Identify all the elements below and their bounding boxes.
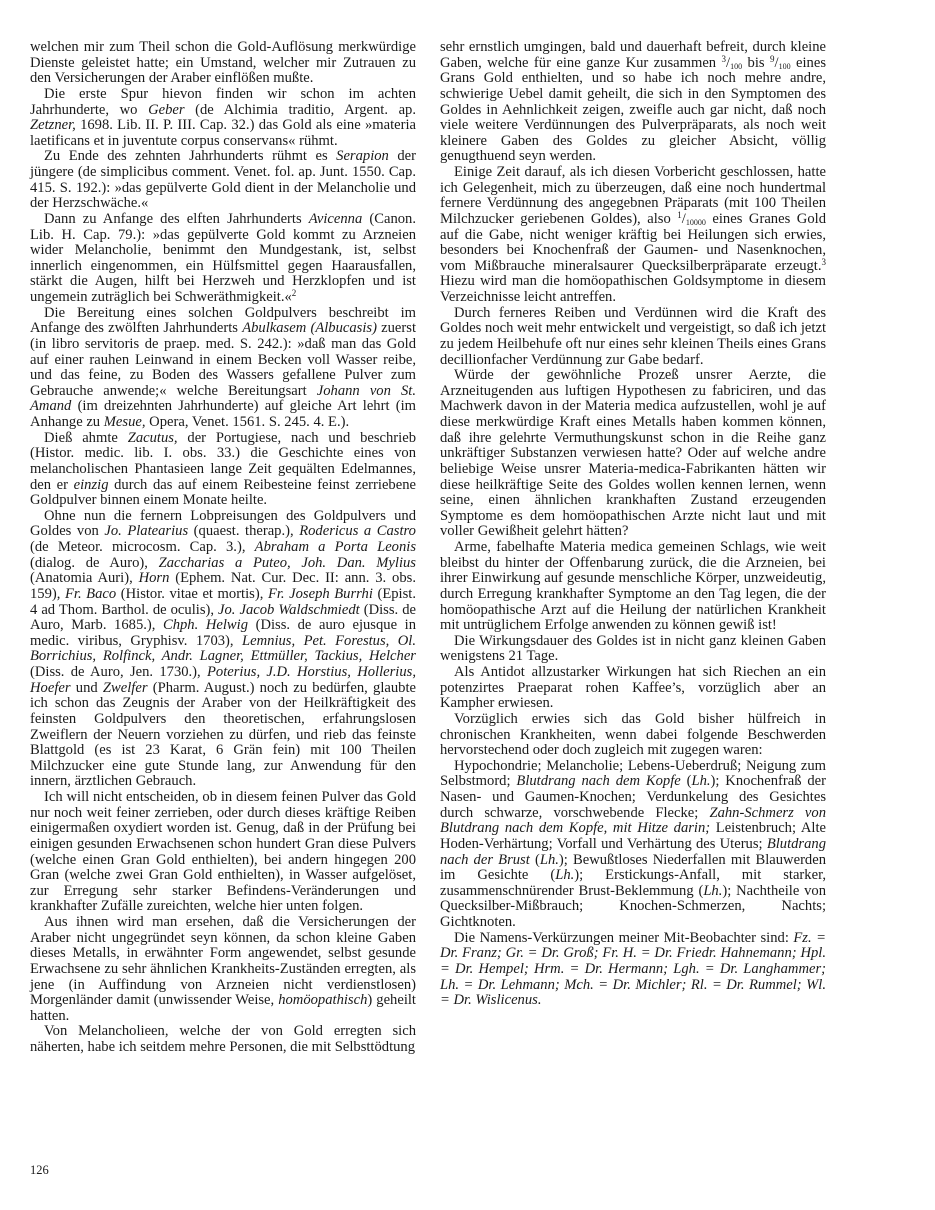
book-page: welchen mir zum Theil schon die Gold-Auf… bbox=[0, 0, 935, 1210]
left-text-column: welchen mir zum Theil schon die Gold-Auf… bbox=[30, 40, 416, 1056]
italic-text: Jo. Jacob Waldschmiedt bbox=[218, 602, 360, 618]
text-run: 1698. Lib. II. P. III. Cap. 32.) das Gol… bbox=[30, 117, 416, 149]
paragraph: Dieß ahmte Zacutus, der Portugiese, nach… bbox=[30, 431, 416, 509]
text-run: welchen mir zum Theil schon die Gold-Auf… bbox=[30, 39, 416, 86]
text-run: Die Namens-Verkürzungen meiner Mit-Beoba… bbox=[454, 930, 793, 946]
paragraph: Die Namens-Verkürzungen meiner Mit-Beoba… bbox=[440, 931, 826, 1009]
paragraph: Arme, fabelhafte Materia medica gemeinen… bbox=[440, 540, 826, 634]
text-run: Hiezu wird man die homöopathischen Golds… bbox=[440, 273, 826, 305]
italic-text: homöopathisch bbox=[278, 992, 367, 1008]
text-run: Von Melancholieen, welche der von Gold e… bbox=[30, 1023, 416, 1055]
text-run: bis bbox=[742, 55, 770, 71]
paragraph: welchen mir zum Theil schon die Gold-Auf… bbox=[30, 40, 416, 87]
text-run: Als Antidot allzustarker Wirkungen hat s… bbox=[440, 664, 826, 711]
italic-text: Lh. bbox=[555, 867, 574, 883]
paragraph: sehr ernstlich umgingen, bald und dauerh… bbox=[440, 40, 826, 165]
italic-text: Serapion bbox=[336, 148, 389, 164]
text-run: ( bbox=[530, 852, 540, 868]
paragraph: Zu Ende des zehnten Jahrhunderts rühmt e… bbox=[30, 149, 416, 212]
italic-text: Blutdrang nach dem Kopfe bbox=[516, 773, 680, 789]
italic-text: Abraham a Porta Leonis bbox=[255, 539, 416, 555]
text-run: und bbox=[71, 680, 103, 696]
text-run: (Diss. de Auro, Jen. 1730.), bbox=[30, 664, 207, 680]
text-run: (Histor. vitae et mortis), bbox=[116, 586, 268, 602]
paragraph: Aus ihnen wird man ersehen, daß die Vers… bbox=[30, 915, 416, 1024]
superscript: 3 bbox=[822, 257, 827, 267]
text-run: (de Meteor. microcosm. Cap. 3.), bbox=[30, 539, 255, 555]
italic-text: Abulkasem (Albucasis) bbox=[242, 320, 377, 336]
paragraph: Ich will nicht entscheiden, ob in diesem… bbox=[30, 790, 416, 915]
right-text-column: sehr ernstlich umgingen, bald und dauerh… bbox=[440, 40, 826, 1009]
paragraph: Vorzüglich erwies sich das Gold bisher h… bbox=[440, 712, 826, 759]
italic-text: Mesue, bbox=[104, 414, 146, 430]
paragraph: Dann zu Anfange des elften Jahrhunderts … bbox=[30, 212, 416, 306]
text-run: ( bbox=[681, 773, 692, 789]
text-run: Durch ferneres Reiben und Verdünnen wird… bbox=[440, 305, 826, 368]
paragraph: Würde der gewöhnliche Prozeß unsrer Aerz… bbox=[440, 368, 826, 540]
paragraph: Ohne nun die fernern Lobpreisungen des G… bbox=[30, 509, 416, 790]
text-run: (quaest. therap.), bbox=[188, 523, 299, 539]
text-run: Vorzüglich erwies sich das Gold bisher h… bbox=[440, 711, 826, 758]
text-run: (Anatomia Auri), bbox=[30, 570, 139, 586]
italic-text: Avicenna bbox=[309, 211, 363, 227]
paragraph: Einige Zeit darauf, als ich diesen Vorbe… bbox=[440, 165, 826, 306]
paragraph: Als Antidot allzustarker Wirkungen hat s… bbox=[440, 665, 826, 712]
italic-text: Chph. Helwig bbox=[163, 617, 248, 633]
italic-text: Horn bbox=[139, 570, 170, 586]
italic-text: Lh. bbox=[540, 852, 559, 868]
italic-text: Zaccharias a Puteo, Joh. Dan. Mylius bbox=[159, 555, 416, 571]
text-run: Dieß ahmte bbox=[44, 430, 128, 446]
paragraph: Die Wirkungsdauer des Goldes ist in nich… bbox=[440, 634, 826, 665]
italic-text: Geber bbox=[148, 102, 184, 118]
text-run: Würde der gewöhnliche Prozeß unsrer Aerz… bbox=[440, 367, 826, 539]
text-run: Ich will nicht entscheiden, ob in diesem… bbox=[30, 789, 416, 914]
italic-text: einzig bbox=[74, 477, 109, 493]
text-run: (Pharm. August.) noch zu bedürfen, glaub… bbox=[30, 680, 416, 790]
page-number: 126 bbox=[30, 1163, 49, 1177]
italic-text: Zacutus, bbox=[128, 430, 178, 446]
superscript: 2 bbox=[292, 288, 297, 298]
italic-text: Fr. Joseph Burrhi bbox=[268, 586, 373, 602]
italic-text: Fr. Baco bbox=[65, 586, 116, 602]
italic-text: Lh. bbox=[691, 773, 710, 789]
italic-text: Jo. Platearius bbox=[104, 523, 188, 539]
paragraph: Durch ferneres Reiben und Verdünnen wird… bbox=[440, 306, 826, 369]
italic-text: Zwelfer bbox=[103, 680, 148, 696]
text-run: Opera, Venet. 1561. S. 245. 4. E.). bbox=[146, 414, 350, 430]
paragraph: Die Bereitung eines solchen Goldpulvers … bbox=[30, 306, 416, 431]
italic-text: Zetzner, bbox=[30, 117, 76, 133]
text-run: Zu Ende des zehnten Jahrhunderts rühmt e… bbox=[44, 148, 336, 164]
text-run: eines Grans Gold enthielten, und so habe… bbox=[440, 55, 826, 165]
italic-text: Lh. bbox=[703, 883, 722, 899]
text-run: Arme, fabelhafte Materia medica gemeinen… bbox=[440, 539, 826, 633]
paragraph: Die erste Spur hievon finden wir schon i… bbox=[30, 87, 416, 150]
text-run: Dann zu Anfange des elften Jahrhunderts bbox=[44, 211, 309, 227]
text-run: (dialog. de Auro), bbox=[30, 555, 159, 571]
text-run: (de Alchimia traditio, Argent. ap. bbox=[185, 102, 416, 118]
paragraph: Von Melancholieen, welche der von Gold e… bbox=[30, 1024, 416, 1055]
text-run: Die Wirkungsdauer des Goldes ist in nich… bbox=[440, 633, 826, 665]
italic-text: Rodericus a Castro bbox=[299, 523, 416, 539]
paragraph: Hypochondrie; Melancholie; Lebens-Ueberd… bbox=[440, 759, 826, 931]
